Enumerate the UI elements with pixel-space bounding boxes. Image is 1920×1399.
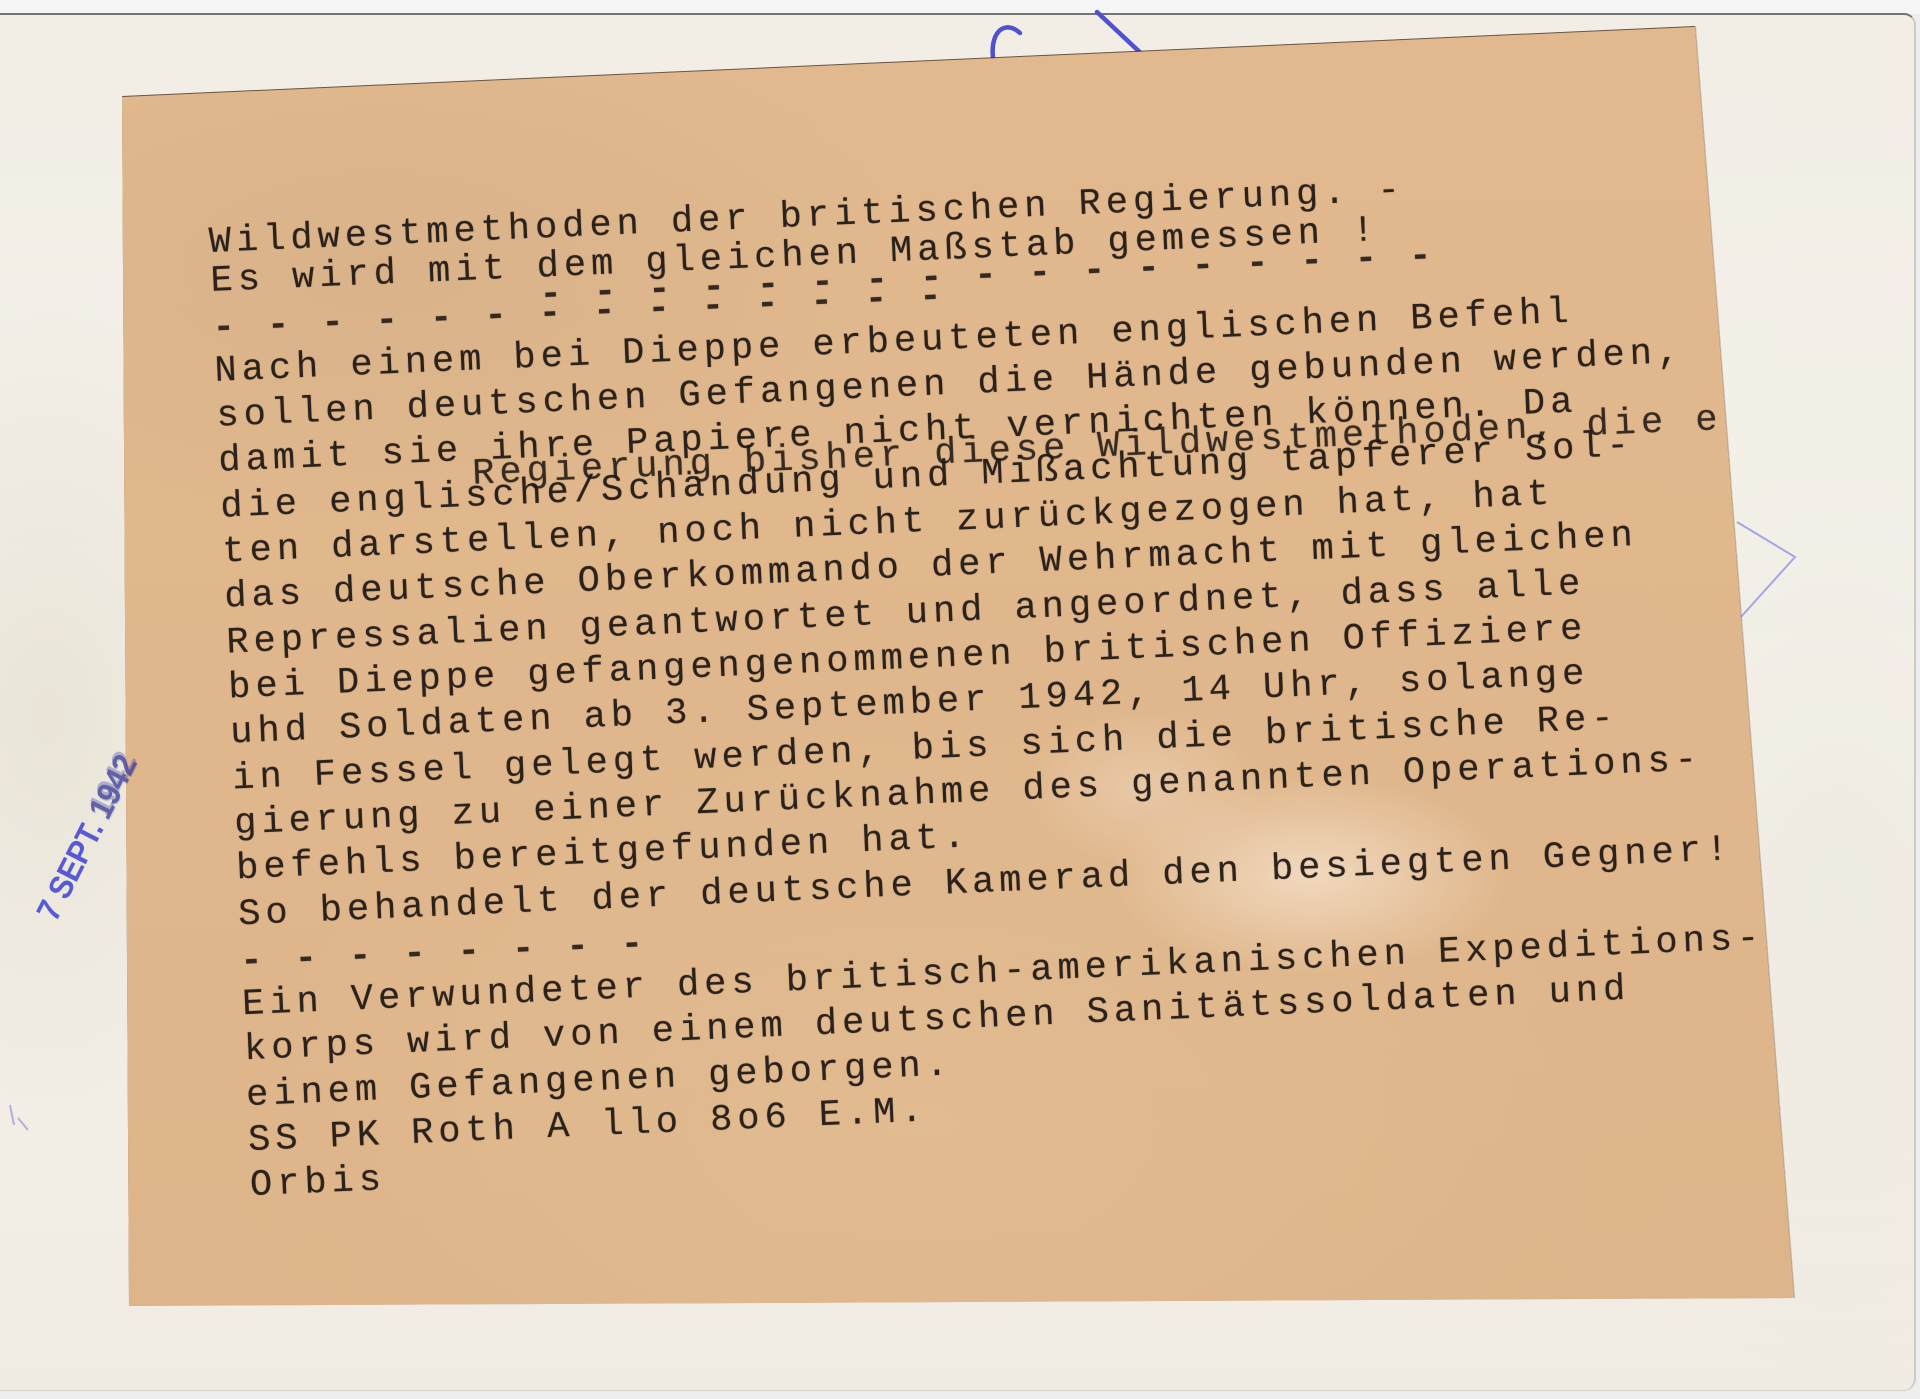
agency-name: Orbis [249,1158,387,1209]
typed-caption-text: Wildwestmethoden der britischen Regierun… [208,147,1920,1220]
